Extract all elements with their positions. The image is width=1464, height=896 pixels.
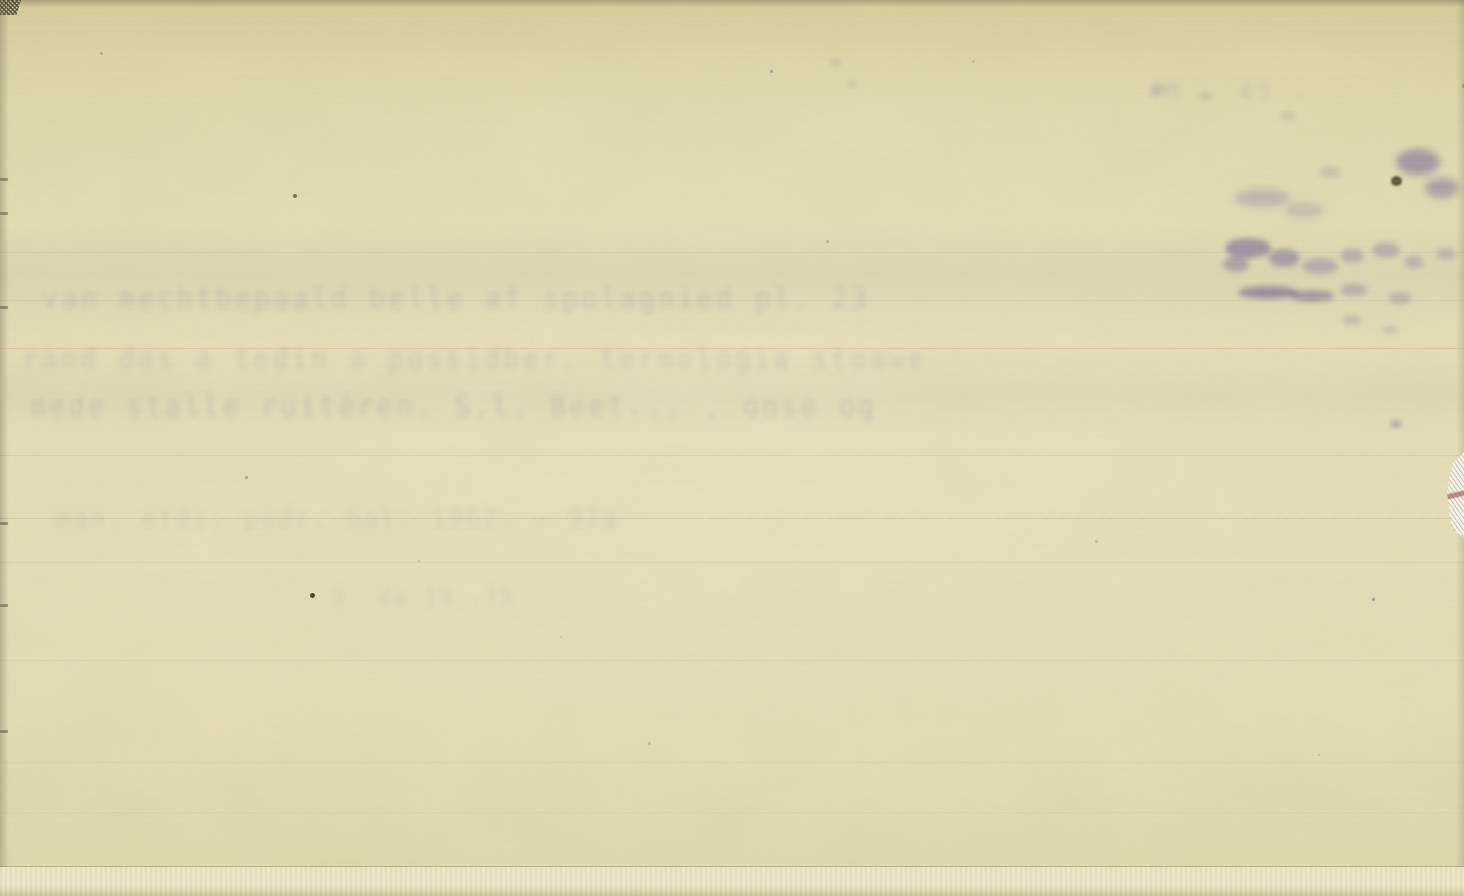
paper-speck	[1372, 598, 1375, 601]
ink-stain-blob	[1342, 315, 1362, 325]
ruled-line	[0, 252, 1464, 253]
ink-stain-blob	[1150, 85, 1170, 95]
scan-streaks-overlay	[0, 0, 1464, 896]
paper-speck	[310, 593, 315, 598]
ink-stain-blob	[1319, 166, 1341, 178]
paper-grain-texture	[0, 0, 1464, 896]
paper-speck	[826, 240, 829, 243]
middle-tint-band	[0, 224, 1464, 334]
paper-speck	[100, 52, 103, 55]
ink-stain-blob	[1268, 249, 1300, 267]
ink-stain-blob	[1302, 258, 1338, 274]
left-edge-dash	[0, 178, 8, 181]
torn-edge-sliver	[1447, 452, 1464, 538]
paper-speck	[1095, 540, 1098, 543]
ruled-line	[0, 562, 1464, 563]
ink-stain-blob	[1340, 284, 1368, 296]
left-edge-dash	[0, 306, 8, 309]
paper-speck	[972, 60, 975, 63]
ink-stain-blob	[1238, 286, 1298, 299]
ghost-text-line: mede stalle ruitéren. S.l. Beet... , ons…	[30, 391, 877, 424]
scanner-edge-top	[0, 0, 1464, 7]
ruled-line	[0, 812, 1464, 813]
ghost-text-line: van mechtbepaald belle af spolagnied pl.…	[42, 283, 870, 316]
ink-stain-blob	[1388, 292, 1412, 304]
ink-stain-blob	[1382, 326, 1398, 334]
ink-stain-blob	[1404, 256, 1424, 268]
top-tint-band	[0, 0, 1464, 120]
ink-stain-blob	[1340, 249, 1364, 263]
paper-speck	[245, 476, 248, 479]
ruled-line	[0, 300, 1464, 301]
ink-stain-blob	[1234, 189, 1290, 207]
ink-stain-blob	[1280, 112, 1296, 120]
left-edge-dash	[0, 212, 8, 215]
ruled-line	[0, 660, 1464, 661]
scan-artifact-topleft	[0, 0, 21, 15]
left-edge-dash	[0, 730, 8, 733]
left-edge-dash	[0, 522, 8, 525]
ink-stain-blob	[1425, 178, 1459, 198]
ink-stain-blob	[1436, 248, 1456, 260]
ghost-text-line: rand das a tedin a possidber. termologia…	[22, 343, 927, 376]
left-edge-dash	[0, 604, 8, 607]
paper-speck	[648, 742, 651, 745]
paper-speck	[418, 560, 420, 562]
ghost-text-line: man. etds. podr. bal. 1962. — 97a	[56, 503, 619, 534]
ink-stain-blob	[1372, 242, 1400, 258]
scanned-card: van mechtbepaald belle af spolagnied pl.…	[0, 0, 1464, 896]
ink-stain-blob	[1199, 92, 1211, 100]
paper-speck	[560, 636, 562, 638]
ruled-line	[0, 518, 1464, 519]
paper-speck	[1318, 754, 1320, 756]
ink-stain-blob	[1223, 256, 1249, 272]
paper-speck	[293, 194, 297, 198]
ruled-line	[0, 348, 1464, 349]
ink-stain-blob	[1284, 202, 1324, 218]
ink-stain-blob	[1290, 290, 1334, 302]
lower-tint-band	[0, 352, 1464, 438]
ghost-text-line: 43 . 45 .	[1148, 79, 1312, 106]
ink-stain-blob	[1391, 176, 1402, 186]
ghost-text-line: 3. da 19..75	[332, 585, 515, 612]
ink-stain-blob	[1396, 149, 1440, 175]
ink-stain-blob	[1390, 420, 1402, 428]
ruled-line	[0, 455, 1464, 456]
ink-stain-blob	[1225, 238, 1271, 258]
scanner-edge-right	[1456, 0, 1464, 896]
paper-speck	[770, 70, 773, 73]
card-bottom-edge	[0, 866, 1464, 896]
ink-stain-blob	[847, 81, 857, 87]
ink-stain-blob	[830, 59, 842, 66]
ruled-line	[0, 762, 1464, 763]
scanner-edge-left	[0, 0, 9, 896]
